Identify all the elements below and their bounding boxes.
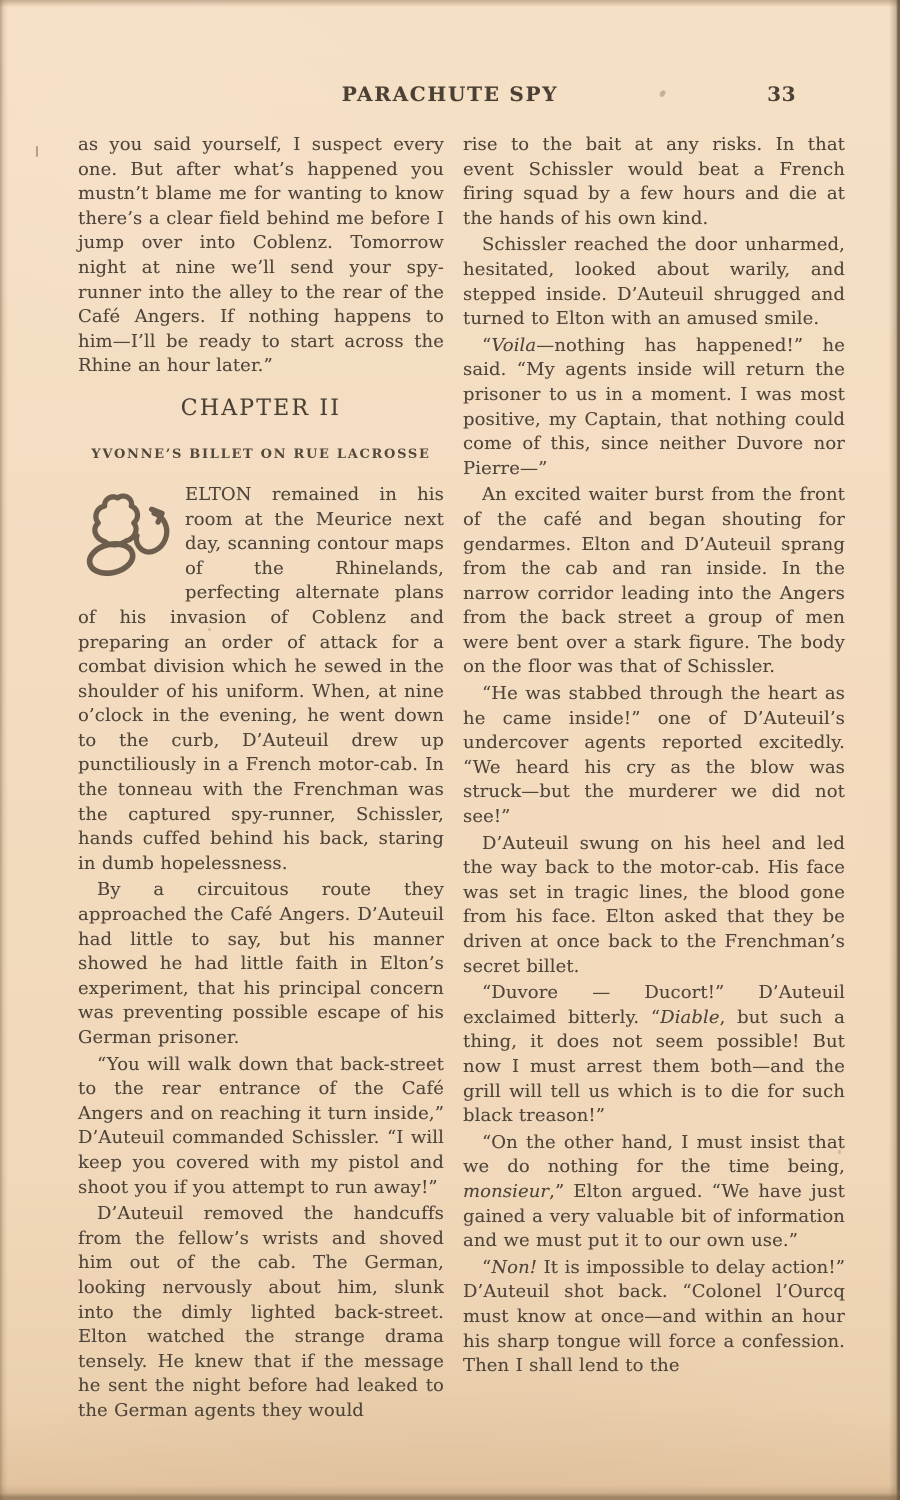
left-column: as you said yourself, I suspect every on…: [78, 133, 444, 1424]
text-run: “: [482, 1257, 491, 1278]
text-columns: as you said yourself, I suspect every on…: [78, 133, 845, 1424]
text-run: An excited waiter burst from the front o…: [463, 484, 845, 677]
page-edge-left: [0, 0, 8, 1500]
running-title: PARACHUTE SPY: [0, 81, 900, 107]
italic-text-run: monsieur: [463, 1181, 549, 1202]
text-run: “: [482, 335, 491, 356]
text-run: “On the other hand, I must insist that w…: [463, 1132, 845, 1178]
paper-speck: [36, 146, 38, 157]
right-column: rise to the bait at any risks. In that e…: [463, 133, 845, 1424]
handcuffs-icon: [78, 486, 175, 581]
chapter-heading: CHAPTER II: [78, 396, 444, 422]
paragraph: “You will walk down that back-street to …: [78, 1053, 444, 1201]
text-run: “He was stabbed through the heart as he …: [463, 683, 845, 827]
right-paragraphs: rise to the bait at any risks. In that e…: [463, 133, 845, 1379]
paragraph: D’Auteuil swung on his heel and led the …: [463, 832, 845, 980]
paragraph: “Non! It is impossible to delay action!”…: [463, 1256, 845, 1379]
chapter-subheading: YVONNE’S BILLET ON RUE LACROSSE: [78, 447, 444, 462]
text-run: —nothing has happened!” he said. “My age…: [463, 335, 845, 479]
text-run: D’Auteuil removed the handcuffs from the…: [78, 1203, 444, 1421]
page-edge-bottom: [0, 1485, 900, 1500]
paragraph: “On the other hand, I must insist that w…: [463, 1131, 845, 1254]
page-edge-right: [889, 0, 900, 1500]
paragraph: as you said yourself, I suspect every on…: [78, 133, 444, 379]
chapter-paragraphs: ELTON remained in his room at the Meuric…: [78, 483, 444, 1424]
text-run: rise to the bait at any risks. In that e…: [463, 134, 845, 229]
italic-text-run: Voila: [491, 335, 536, 356]
paragraph: “He was stabbed through the heart as he …: [463, 682, 845, 830]
paragraph: ELTON remained in his room at the Meuric…: [78, 483, 444, 877]
continuation-paragraphs: as you said yourself, I suspect every on…: [78, 133, 444, 379]
paragraph: By a circuitous route they approached th…: [78, 878, 444, 1050]
paragraph: “Duvore — Ducort!” D’Auteuil exclaimed b…: [463, 981, 845, 1129]
paragraph: An excited waiter burst from the front o…: [463, 483, 845, 680]
text-run: as you said yourself, I suspect every on…: [78, 134, 444, 376]
book-page: PARACHUTE SPY 33 as you said yourself, I…: [0, 0, 900, 1500]
paragraph: “Voila—nothing has happened!” he said. “…: [463, 334, 845, 482]
paragraph: Schissler reached the door unharmed, hes…: [463, 233, 845, 331]
text-run: Schissler reached the door unharmed, hes…: [463, 234, 845, 329]
text-run: D’Auteuil swung on his heel and led the …: [463, 833, 845, 977]
paragraph: rise to the bait at any risks. In that e…: [463, 133, 845, 231]
text-run: “You will walk down that back-street to …: [78, 1054, 444, 1198]
page-header: PARACHUTE SPY 33: [0, 0, 900, 107]
italic-text-run: Diable: [660, 1007, 719, 1028]
paragraph: D’Auteuil removed the handcuffs from the…: [78, 1202, 444, 1423]
italic-text-run: Non!: [491, 1257, 537, 1278]
page-number: 33: [767, 81, 796, 107]
text-run: By a circuitous route they approached th…: [78, 879, 444, 1048]
